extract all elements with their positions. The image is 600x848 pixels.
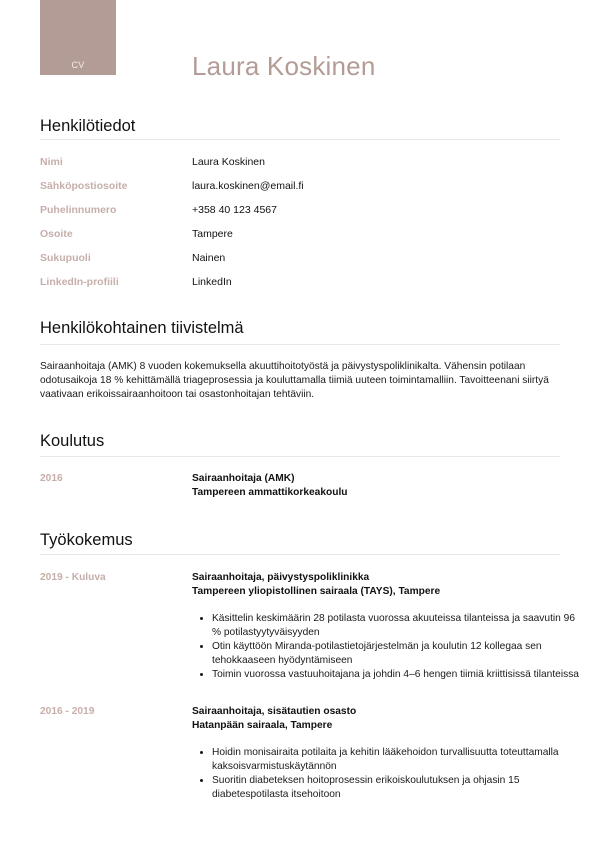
value-phone: +358 40 123 4567	[192, 204, 277, 216]
education-school: Tampereen ammattikorkeakoulu	[192, 486, 348, 501]
experience-date: 2019 - Kuluva	[40, 572, 106, 583]
value-name: Laura Koskinen	[192, 156, 265, 168]
summary-text: Sairaanhoitaja (AMK) 8 vuoden kokemuksel…	[40, 360, 560, 402]
section-title-summary: Henkilökohtainen tiivistelmä	[40, 319, 244, 338]
section-title-personal: Henkilötiedot	[40, 117, 135, 136]
section-divider	[40, 554, 560, 555]
experience-role: Sairaanhoitaja, sisätautien osasto	[192, 705, 356, 720]
achievement-item: Hoidin monisairaita potilaita ja kehitin…	[212, 746, 582, 774]
label-name: Nimi	[40, 156, 63, 168]
education-degree: Sairaanhoitaja (AMK)	[192, 472, 294, 487]
achievement-item: Toimin vuorossa vastuuhoitajana ja johdi…	[212, 668, 582, 682]
cv-badge: CV	[40, 0, 116, 75]
value-linkedin-link[interactable]: LinkedIn	[192, 276, 232, 288]
achievement-item: Otin käyttöön Miranda-potilastietojärjes…	[212, 640, 582, 668]
section-title-experience: Työkokemus	[40, 531, 133, 550]
candidate-name: Laura Koskinen	[192, 51, 375, 82]
experience-achievements: Käsittelin keskimäärin 28 potilasta vuor…	[192, 612, 582, 682]
label-linkedin: LinkedIn-profiili	[40, 276, 119, 288]
experience-date: 2016 - 2019	[40, 706, 94, 717]
section-divider	[40, 344, 560, 345]
label-address: Osoite	[40, 228, 73, 240]
value-gender: Nainen	[192, 252, 225, 264]
achievement-item: Suoritin diabeteksen hoitoprosessin erik…	[212, 774, 582, 802]
experience-role: Sairaanhoitaja, päivystyspoliklinikka	[192, 571, 369, 586]
label-gender: Sukupuoli	[40, 252, 91, 264]
section-title-education: Koulutus	[40, 432, 104, 451]
experience-achievements: Hoidin monisairaita potilaita ja kehitin…	[192, 746, 582, 802]
education-date: 2016	[40, 473, 63, 484]
section-divider	[40, 456, 560, 457]
value-email[interactable]: laura.koskinen@email.fi	[192, 180, 304, 192]
label-phone: Puhelinnumero	[40, 204, 116, 216]
label-email: Sähköpostiosoite	[40, 180, 128, 192]
cv-badge-label: CV	[40, 60, 116, 70]
value-address: Tampere	[192, 228, 233, 240]
achievement-item: Käsittelin keskimäärin 28 potilasta vuor…	[212, 612, 582, 640]
experience-employer: Tampereen yliopistollinen sairaala (TAYS…	[192, 585, 440, 600]
section-divider	[40, 139, 560, 140]
experience-employer: Hatanpään sairaala, Tampere	[192, 719, 332, 734]
